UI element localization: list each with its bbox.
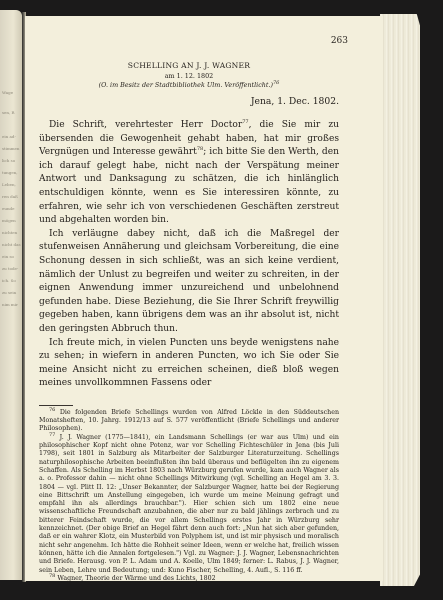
page-number: 263 <box>331 36 348 46</box>
footnote-number: 76 <box>49 407 55 413</box>
left-page-text: nim mir <box>2 302 18 308</box>
left-page-text: ein so <box>2 254 14 260</box>
book-page: 263 SCHELLING AN J. J. WAGNER am 1. 12. … <box>25 16 383 581</box>
letter-title: SCHELLING AN J. J. WAGNER <box>39 61 339 70</box>
footnote-text: J. J. Wagner (1775—1841), ein Landsmann … <box>39 434 339 574</box>
left-page-text: ein ad- <box>2 134 16 140</box>
left-page-text: ich. So <box>2 278 16 284</box>
paragraph-text: Die Schrift, verehrtester Herr Doctor <box>49 120 242 130</box>
paragraph: Ich verläugne dabey nicht, daß ich die M… <box>39 228 339 337</box>
footnote-text: Wagner, Theorie der Wärme und des Lichts… <box>57 575 215 582</box>
letter-date: am 1. 12. 1802 <box>39 72 339 80</box>
footnote: 76 Die folgenden Briefe Schellings wurde… <box>39 409 339 434</box>
left-page-text: lich so <box>2 158 15 164</box>
paragraph: Ich freute mich, in vielen Puncten uns b… <box>39 337 339 391</box>
left-page-text: eunde <box>2 206 14 212</box>
left-page-text: nicht das <box>2 242 21 248</box>
left-page-text: mögen <box>2 218 16 224</box>
place-and-date: Jena, 1. Dec. 1802. <box>39 96 339 107</box>
letter-body: Die Schrift, verehrtester Herr Doctor77,… <box>39 119 339 391</box>
left-page-text: Wage <box>2 90 13 96</box>
letter-source: (O. im Besitz der Stadtbibliothek Ulm. V… <box>39 81 339 89</box>
footnotes: 76 Die folgenden Briefe Schellings wurde… <box>39 409 339 583</box>
left-page-text: sen, R <box>2 110 15 116</box>
left-page-text: nichten <box>2 230 17 236</box>
left-page-text: Leben, <box>2 182 16 188</box>
footnote-ref: 76 <box>273 80 279 86</box>
page-content: SCHELLING AN J. J. WAGNER am 1. 12. 1802… <box>39 61 339 583</box>
left-page-text: ren daß <box>2 194 18 200</box>
footnote-divider <box>39 405 73 406</box>
left-page-text: stimmen <box>2 146 19 152</box>
footnote: 78 Wagner, Theorie der Wärme und des Lic… <box>39 575 339 583</box>
footnote-text: Die folgenden Briefe Schellings wurden v… <box>39 409 339 433</box>
left-page-text: zu sein <box>2 290 16 296</box>
left-facing-page: Wage sen, R ein ad- stimmen lich so tung… <box>0 10 22 580</box>
page-edges-stack <box>380 14 420 586</box>
paragraph-text: ; ich bitte Sie den Werth, den ich darau… <box>39 147 339 225</box>
footnote-number: 78 <box>49 573 55 579</box>
left-page-text: zu tode- <box>2 266 18 272</box>
source-text: (O. im Besitz der Stadtbibliothek Ulm. V… <box>99 81 273 89</box>
footnote: 77 J. J. Wagner (1775—1841), ein Landsma… <box>39 434 339 575</box>
footnote-number: 77 <box>49 432 55 438</box>
paragraph: Die Schrift, verehrtester Herr Doctor77,… <box>39 119 339 228</box>
left-page-text: tungen, <box>2 170 18 176</box>
